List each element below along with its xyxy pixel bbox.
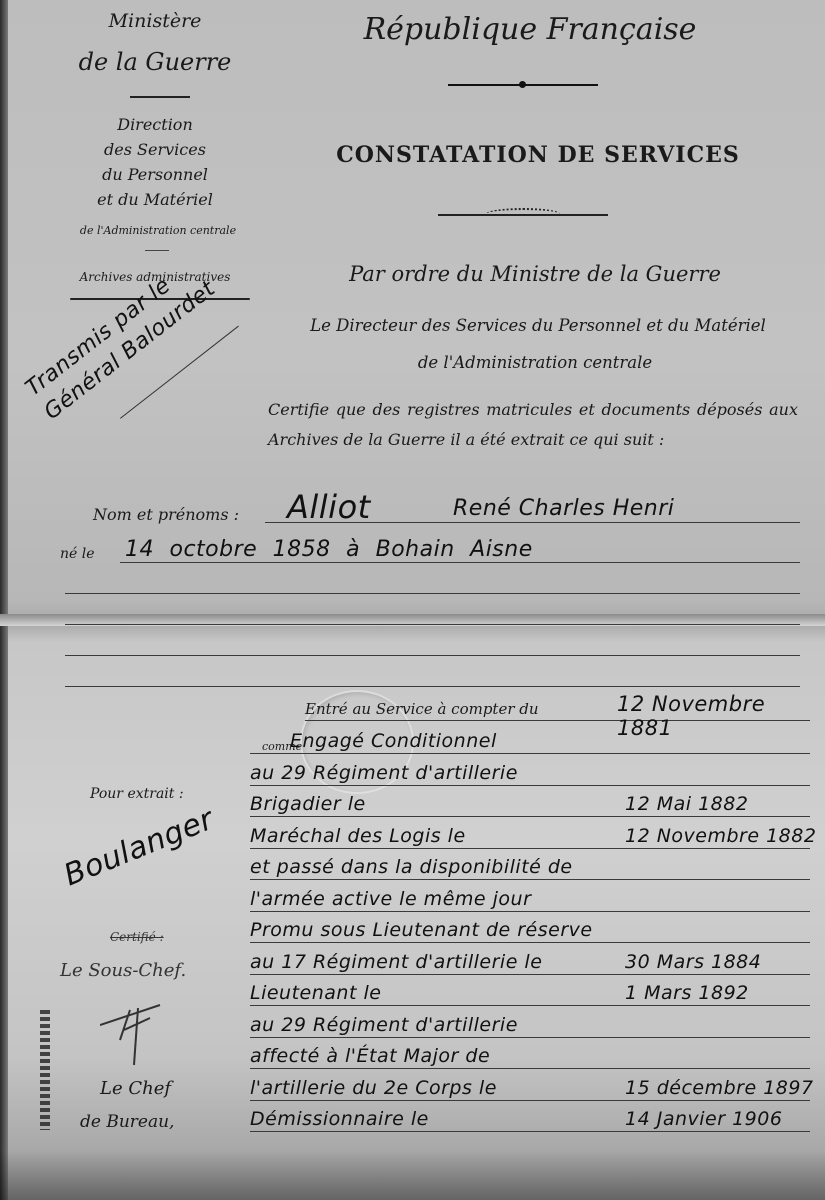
service-record-row: Brigadier le12 Mai 1882 bbox=[250, 787, 810, 819]
direction-line: Direction bbox=[70, 112, 240, 137]
service-record-row: l'armée active le même jour bbox=[250, 882, 810, 914]
service-entry-text: Démissionnaire le bbox=[250, 1108, 429, 1130]
service-record-row: Lieutenant le1 Mars 1892 bbox=[250, 976, 810, 1008]
ruled-line bbox=[250, 848, 810, 849]
service-entry-text: affecté à l'État Major de bbox=[250, 1045, 490, 1067]
service-record-row: au 17 Régiment d'artillerie le30 Mars 18… bbox=[250, 945, 810, 977]
chef-label: Le Chef bbox=[100, 1078, 171, 1099]
service-entry-date: 15 décembre 1897 bbox=[625, 1077, 814, 1099]
direction-line: du Personnel bbox=[70, 162, 240, 187]
ruled-line bbox=[65, 686, 800, 687]
service-entry-text: et passé dans la disponibilité de bbox=[250, 856, 573, 878]
ruled-line bbox=[250, 816, 810, 817]
ruled-line bbox=[250, 1005, 810, 1006]
naissance-value: 14 octobre 1858 à Bohain Aisne bbox=[125, 537, 533, 562]
nom-label: Nom et prénoms : bbox=[93, 505, 239, 524]
printer-mark bbox=[40, 1010, 50, 1130]
ruled-line bbox=[65, 624, 800, 625]
ruled-line bbox=[65, 593, 800, 594]
ruled-line bbox=[65, 655, 800, 656]
ornament-divider-icon bbox=[130, 96, 190, 98]
ministere-heading: Ministère bbox=[70, 10, 240, 32]
nom-value: Alliot bbox=[287, 488, 371, 526]
service-entry-date: 12 Mai 1882 bbox=[625, 793, 748, 815]
service-entry-text: au 29 Régiment d'artillerie bbox=[250, 1014, 518, 1036]
service-entry-text: l'armée active le même jour bbox=[250, 888, 531, 910]
service-entry-date: 1 Mars 1892 bbox=[625, 982, 749, 1004]
service-record-row: Promu sous Lieutenant de réserve bbox=[250, 913, 810, 945]
service-entry-date: 30 Mars 1884 bbox=[625, 951, 761, 973]
service-entry-text: Brigadier le bbox=[250, 793, 366, 815]
ne-le-label: né le bbox=[60, 546, 95, 562]
page-shadow bbox=[0, 1150, 825, 1200]
guerre-heading: de la Guerre bbox=[60, 48, 250, 76]
certifie-label: Certifié : bbox=[110, 930, 164, 944]
service-record-row: et passé dans la disponibilité de bbox=[250, 850, 810, 882]
service-entry-text: Promu sous Lieutenant de réserve bbox=[250, 919, 593, 941]
service-entry-text: Lieutenant le bbox=[250, 982, 381, 1004]
service-entry-text: au 17 Régiment d'artillerie le bbox=[250, 951, 542, 973]
ruled-line bbox=[250, 879, 810, 880]
certifie-paragraph: Certifie que des registres matricules et… bbox=[268, 395, 798, 455]
service-record-row: Engagé Conditionnel bbox=[250, 724, 810, 756]
directeur-line: Le Directeur des Services du Personnel e… bbox=[278, 316, 798, 335]
service-record-row: au 29 Régiment d'artillerie bbox=[250, 756, 810, 788]
par-ordre-line: Par ordre du Ministre de la Guerre bbox=[290, 262, 780, 286]
ruled-line bbox=[250, 942, 810, 943]
ruled-line bbox=[250, 1037, 810, 1038]
divider bbox=[145, 250, 169, 251]
service-record-row: l'artillerie du 2e Corps le15 décembre 1… bbox=[250, 1071, 810, 1103]
direction-block: Direction des Services du Personnel et d… bbox=[70, 112, 240, 212]
ruled-line bbox=[250, 1100, 810, 1101]
prenoms-value: René Charles Henri bbox=[453, 496, 674, 521]
service-entry-text: l'artillerie du 2e Corps le bbox=[250, 1077, 497, 1099]
ruled-line bbox=[250, 753, 810, 754]
sous-chef-label: Le Sous-Chef. bbox=[60, 960, 186, 981]
ornament-divider-icon bbox=[438, 214, 608, 216]
service-entry-text: Engagé Conditionnel bbox=[290, 730, 497, 752]
ornament-divider-icon bbox=[448, 84, 598, 86]
pour-extrait-label: Pour extrait : bbox=[90, 786, 184, 802]
service-entry-date: 14 Janvier 1906 bbox=[625, 1108, 782, 1130]
republique-heading: République Française bbox=[330, 12, 730, 47]
document-title: CONSTATATION DE SERVICES bbox=[288, 142, 788, 168]
ruled-line bbox=[250, 974, 810, 975]
service-record-row: Maréchal des Logis le12 Novembre 1882 bbox=[250, 819, 810, 851]
bureau-label: de Bureau, bbox=[80, 1112, 174, 1132]
service-entry-text: Maréchal des Logis le bbox=[250, 825, 466, 847]
service-record-row: affecté à l'État Major de bbox=[250, 1039, 810, 1071]
service-entry-date: 12 Novembre 1882 bbox=[625, 825, 816, 847]
service-record-row: Démissionnaire le14 Janvier 1906 bbox=[250, 1102, 810, 1134]
ruled-line bbox=[250, 911, 810, 912]
entre-service-label: Entré au Service à compter du bbox=[305, 700, 539, 718]
ruled-line bbox=[250, 1068, 810, 1069]
signature-mark-icon bbox=[100, 1000, 170, 1070]
direction-line: et du Matériel bbox=[70, 187, 240, 212]
service-entry-text: au 29 Régiment d'artillerie bbox=[250, 762, 518, 784]
page-edge bbox=[0, 0, 8, 1200]
ruled-line bbox=[250, 1131, 810, 1132]
admin-centrale-line: de l'Administration centrale bbox=[390, 353, 680, 372]
direction-line: des Services bbox=[70, 137, 240, 162]
ruled-line bbox=[250, 785, 810, 786]
service-record-row: au 29 Régiment d'artillerie bbox=[250, 1008, 810, 1040]
ruled-line bbox=[120, 562, 800, 563]
